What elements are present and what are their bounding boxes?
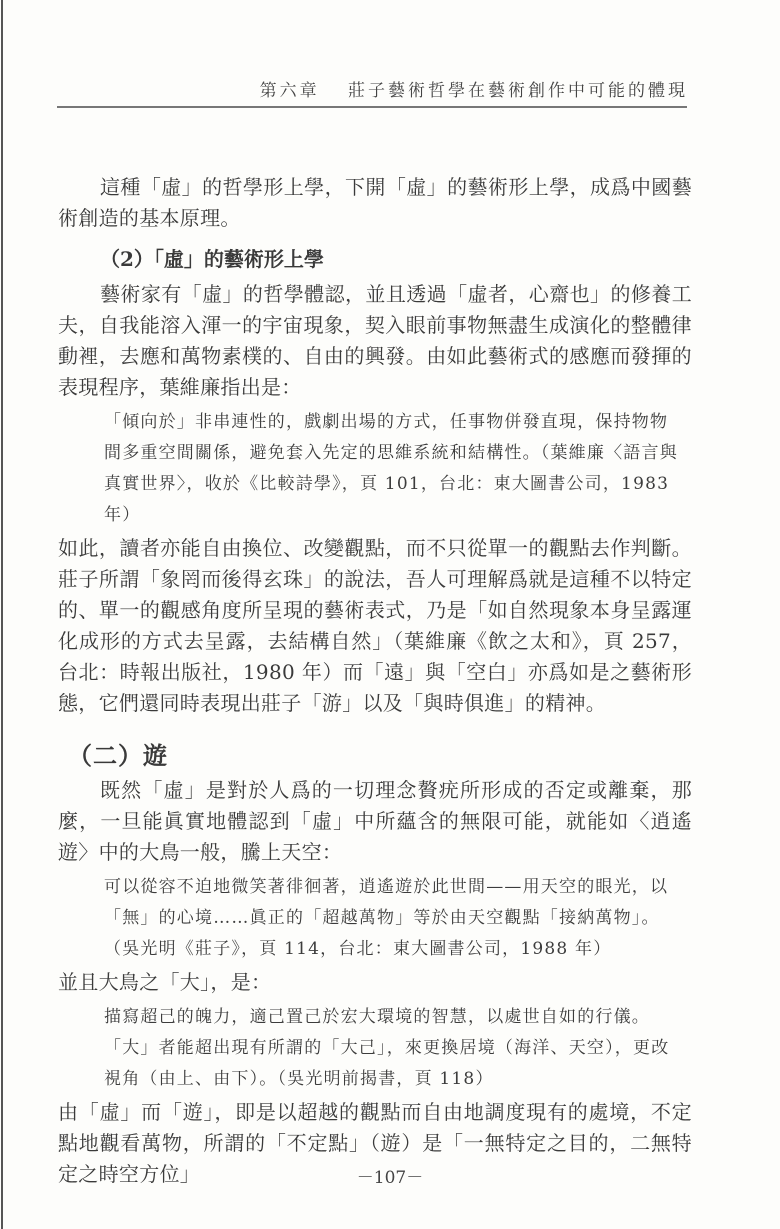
section-heading-you: （二）遊 [58,739,692,773]
block-quote-2: 可以從容不迫地微笑著徘徊著，逍遙遊於此世間——用天空的眼光，以「無」的心境……眞… [58,872,692,965]
paragraph-4: 既然「虛」是對於人爲的一切理念贅疣所形成的否定或離棄，那麼，一旦能眞實地體認到「… [58,775,692,868]
paragraph-3: 如此，讀者亦能自由換位、改變觀點，而不只從單一的觀點去作判斷。莊子所謂「象罔而後… [58,533,692,719]
subheading-xu-art-metaphysics: （2）「虛」的藝術形上學 [58,244,692,275]
paragraph-2: 藝術家有「虛」的哲學體認，並且透過「虛者，心齋也」的修養工夫，自我能溶入渾一的宇… [58,279,692,403]
block-quote-3: 描寫超己的魄力，適己置己於宏大環境的智慧，以處世自如的行儀。「大」者能超出現有所… [58,1002,692,1095]
paragraph-1: 這種「虛」的哲學形上學，下開「虛」的藝術形上學，成爲中國藝術創造的基本原理。 [58,172,692,234]
page-body: 這種「虛」的哲學形上學，下開「虛」的藝術形上學，成爲中國藝術創造的基本原理。 （… [58,172,692,1190]
chapter-title: 莊子藝術哲學在藝術創作中可能的體現 [348,81,688,101]
block-quote-1: 「傾向於」非串連性的，戲劇出場的方式，任事物併發直現，保持物物間多重空間關係，避… [58,407,692,531]
page-number: －107－ [0,1163,780,1188]
header-rule [57,106,687,108]
paragraph-5: 並且大鳥之「大」，是： [58,967,692,998]
running-header: 第六章 莊子藝術哲學在藝術創作中可能的體現 [260,76,688,101]
page-edge-line [1,0,3,1229]
chapter-label: 第六章 [260,81,320,101]
